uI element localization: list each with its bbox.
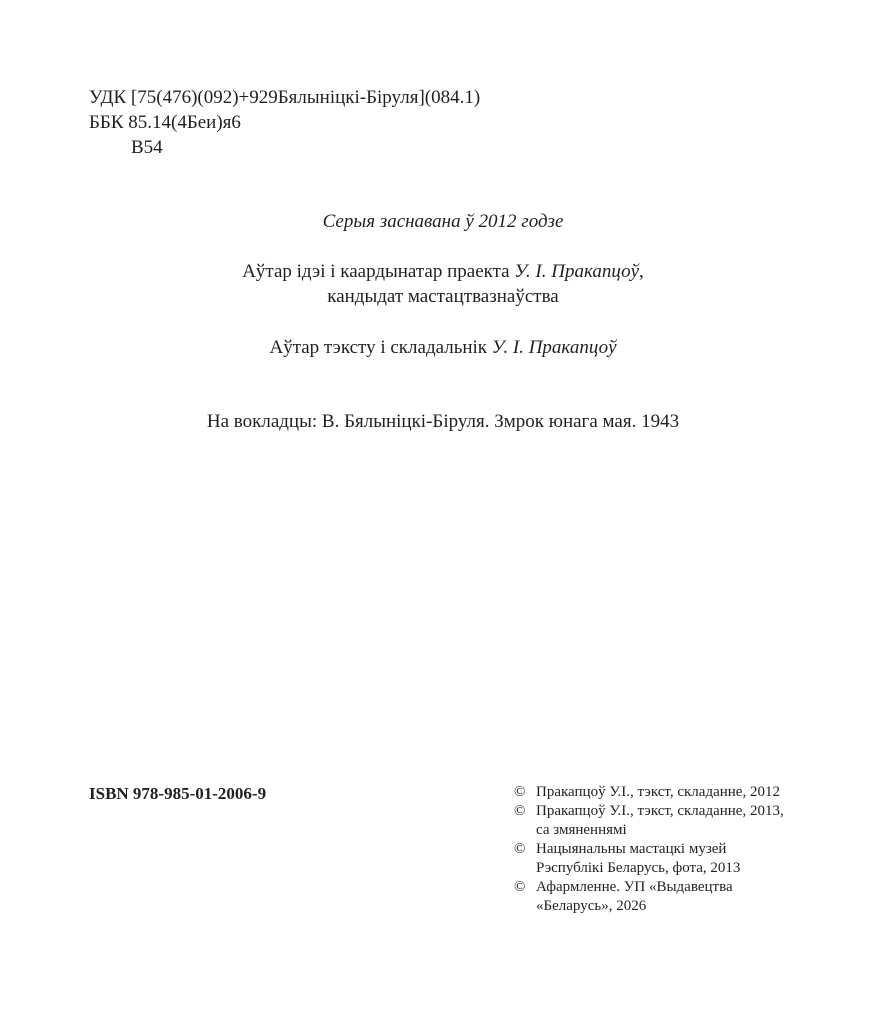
text-author-label: Аўтар тэксту і складальнік <box>269 337 491 358</box>
idea-author-name: У. І. Пракапцоў <box>514 261 639 282</box>
idea-author-credit: Аўтар ідэі і каардынатар праекта У. І. П… <box>0 259 886 309</box>
text-author-name: У. І. Пракапцоў <box>492 337 617 358</box>
copyright-text: Нацыянальны мастацкі музей Рэспублікі Бе… <box>536 840 740 878</box>
copyright-icon: © <box>514 802 536 840</box>
copyright-text: Пракапцоў У.І., тэкст, складанне, 2012 <box>536 783 780 802</box>
author-mark: В54 <box>89 135 480 160</box>
series-note: Серыя заснавана ў 2012 годзе <box>0 209 886 234</box>
classification-block: УДК [75(476)(092)+929Бялыніцкі-Біруля](0… <box>89 85 480 160</box>
isbn: ISBN 978-985-01-2006-9 <box>89 783 266 805</box>
copyright-icon: © <box>514 783 536 802</box>
idea-author-title: кандыдат мастацтвазнаўства <box>0 284 886 309</box>
copyright-item: © Афармленне. УП «Выдавецтва «Беларусь»,… <box>514 878 784 916</box>
udk-code: УДК [75(476)(092)+929Бялыніцкі-Біруля](0… <box>89 85 480 110</box>
bbk-code: ББК 85.14(4Беи)я6 <box>89 110 480 135</box>
copyright-icon: © <box>514 840 536 878</box>
cover-note: На вокладцы: В. Бялыніцкі-Біруля. Змрок … <box>0 409 886 434</box>
text-author-credit: Аўтар тэксту і складальнік У. І. Пракапц… <box>0 335 886 360</box>
copyright-item: © Пракапцоў У.І., тэкст, складанне, 2012 <box>514 783 784 802</box>
idea-author-label: Аўтар ідэі і каардынатар праекта <box>242 261 514 282</box>
copyright-item: © Пракапцоў У.І., тэкст, складанне, 2013… <box>514 802 784 840</box>
copyright-list: © Пракапцоў У.І., тэкст, складанне, 2012… <box>514 783 784 916</box>
copyright-item: © Нацыянальны мастацкі музей Рэспублікі … <box>514 840 784 878</box>
copyright-icon: © <box>514 878 536 916</box>
idea-author-comma: , <box>639 261 644 282</box>
copyright-text: Пракапцоў У.І., тэкст, складанне, 2013, … <box>536 802 784 840</box>
copyright-text: Афармленне. УП «Выдавецтва «Беларусь», 2… <box>536 878 733 916</box>
